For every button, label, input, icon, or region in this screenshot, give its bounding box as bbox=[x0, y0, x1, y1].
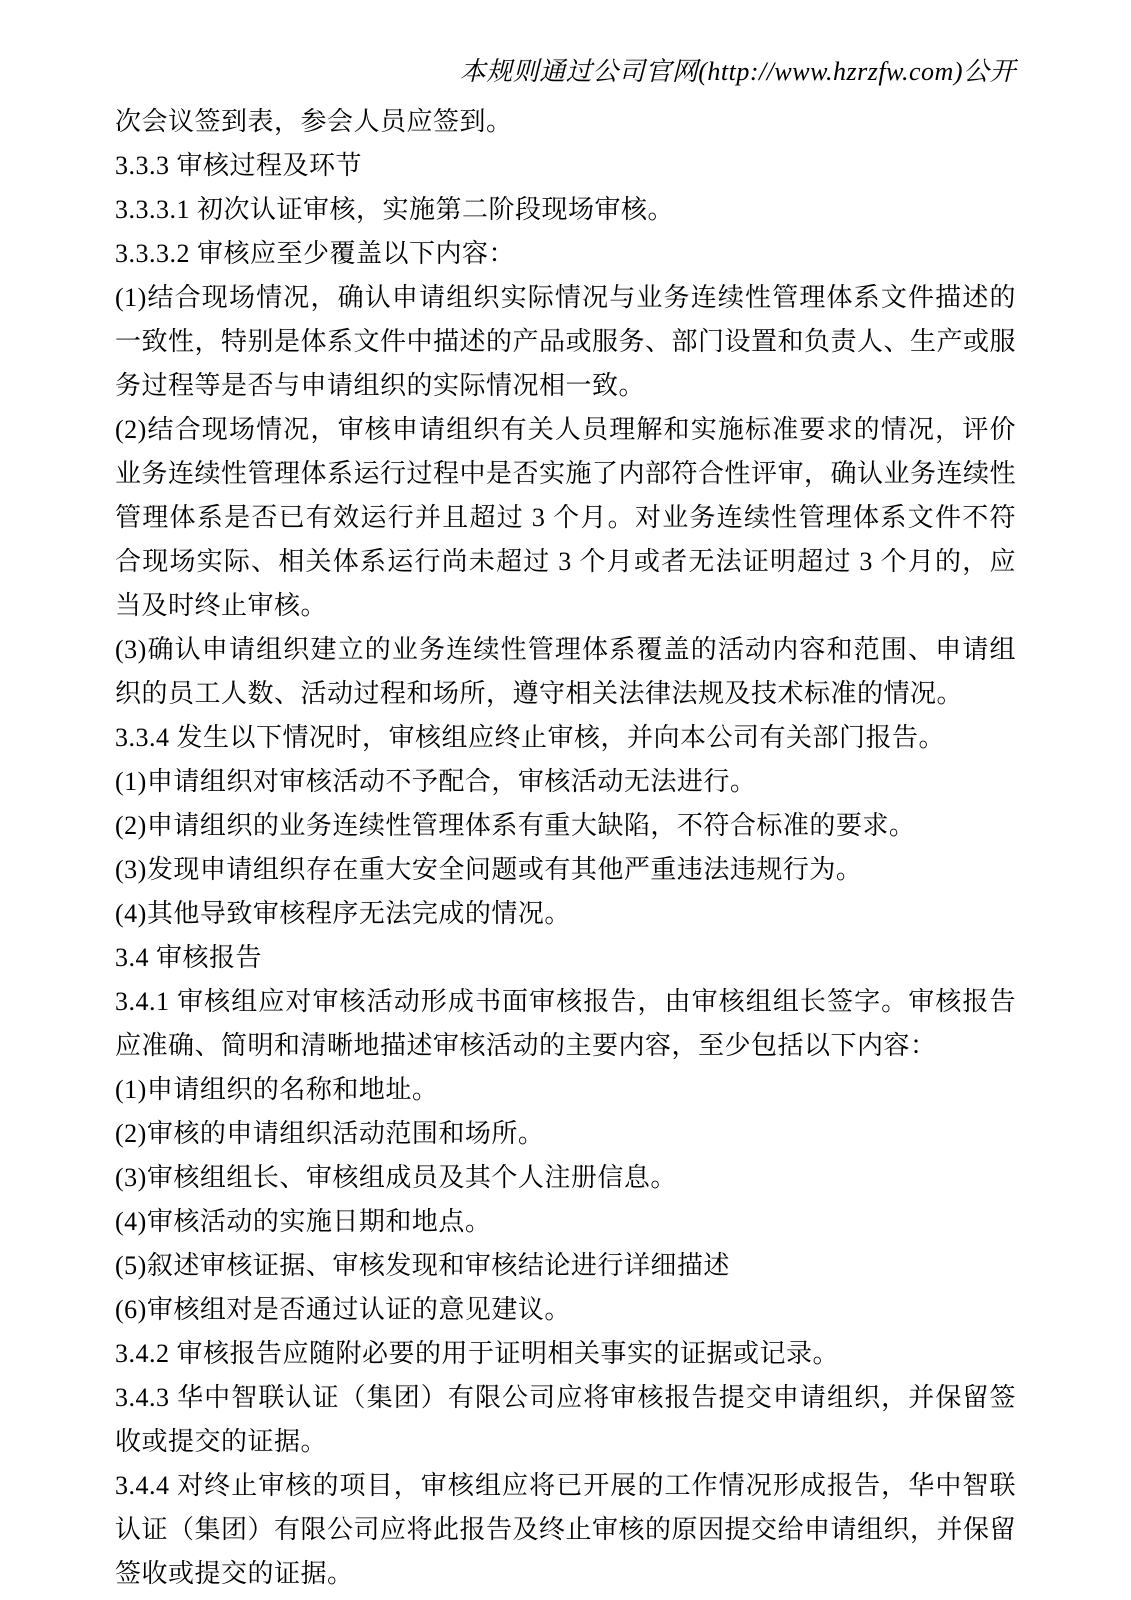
list-item: (5)叙述审核证据、审核发现和审核结论进行详细描述 bbox=[115, 1244, 1016, 1288]
paragraph: 3.4.4 对终止审核的项目，审核组应将已开展的工作情况形成报告，华中智联认证（… bbox=[115, 1464, 1016, 1596]
paragraph: 3.4.3 华中智联认证（集团）有限公司应将审核报告提交申请组织，并保留签收或提… bbox=[115, 1376, 1016, 1464]
list-item: (1)申请组织对审核活动不予配合，审核活动无法进行。 bbox=[115, 760, 1016, 804]
list-item: (3)发现申请组织存在重大安全问题或有其他严重违法违规行为。 bbox=[115, 848, 1016, 892]
list-item: (2)审核的申请组织活动范围和场所。 bbox=[115, 1112, 1016, 1156]
list-item: (2)结合现场情况，审核申请组织有关人员理解和实施标准要求的情况，评价业务连续性… bbox=[115, 408, 1016, 628]
document-body: 次会议签到表，参会人员应签到。 3.3.3 审核过程及环节 3.3.3.1 初次… bbox=[115, 100, 1016, 1596]
list-item: (6)审核组对是否通过认证的意见建议。 bbox=[115, 1288, 1016, 1332]
list-item: (1)结合现场情况，确认申请组织实际情况与业务连续性管理体系文件描述的一致性，特… bbox=[115, 276, 1016, 408]
list-item: (3)审核组组长、审核组成员及其个人注册信息。 bbox=[115, 1156, 1016, 1200]
paragraph: 3.3.3.2 审核应至少覆盖以下内容： bbox=[115, 232, 1016, 276]
section-heading: 3.4 审核报告 bbox=[115, 936, 1016, 980]
section-heading: 3.3.3 审核过程及环节 bbox=[115, 144, 1016, 188]
list-item: (2)申请组织的业务连续性管理体系有重大缺陷，不符合标准的要求。 bbox=[115, 804, 1016, 848]
document-page: 本规则通过公司官网(http://www.hzrzfw.com)公开 次会议签到… bbox=[0, 0, 1131, 1600]
list-item: (1)申请组织的名称和地址。 bbox=[115, 1068, 1016, 1112]
paragraph: 次会议签到表，参会人员应签到。 bbox=[115, 100, 1016, 144]
list-item: (4)审核活动的实施日期和地点。 bbox=[115, 1200, 1016, 1244]
paragraph: 3.3.3.1 初次认证审核，实施第二阶段现场审核。 bbox=[115, 188, 1016, 232]
header-publication-notice: 本规则通过公司官网(http://www.hzrzfw.com)公开 bbox=[115, 52, 1016, 92]
section-heading: 3.3.4 发生以下情况时，审核组应终止审核，并向本公司有关部门报告。 bbox=[115, 716, 1016, 760]
paragraph: 3.4.1 审核组应对审核活动形成书面审核报告，由审核组组长签字。审核报告应准确… bbox=[115, 980, 1016, 1068]
list-item: (4)其他导致审核程序无法完成的情况。 bbox=[115, 892, 1016, 936]
list-item: (3)确认申请组织建立的业务连续性管理体系覆盖的活动内容和范围、申请组织的员工人… bbox=[115, 628, 1016, 716]
paragraph: 3.4.2 审核报告应随附必要的用于证明相关事实的证据或记录。 bbox=[115, 1332, 1016, 1376]
